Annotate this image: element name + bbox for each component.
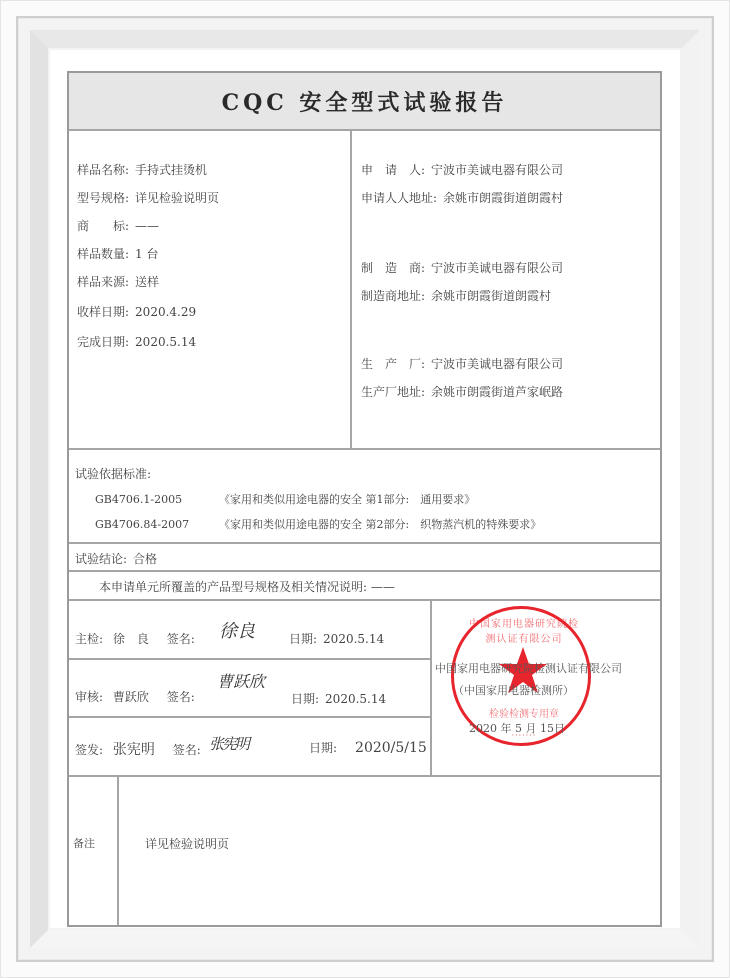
- divider: [69, 129, 660, 131]
- person-name: 徐 良: [113, 632, 149, 646]
- standard-code: GB4706.1-2005: [95, 493, 219, 506]
- date-field: 日期:2020.5.14: [291, 690, 386, 707]
- field-label: 申 请 人:: [361, 161, 425, 178]
- quantity-row: 样品数量:1 台: [77, 245, 159, 262]
- role-label: 审核:: [75, 690, 103, 704]
- field-label: 申请人人地址:: [361, 189, 437, 206]
- divider: [69, 542, 660, 544]
- seal-date: 2020 年 5 月 15日: [469, 720, 565, 736]
- divider: [69, 775, 660, 777]
- standard-title: 《家用和类似用途电器的安全 第1部分: 通用要求》: [219, 493, 475, 506]
- completed-date-row: 完成日期:2020.5.14: [77, 333, 196, 350]
- applicant-row: 申 请 人:宁波市美诚电器有限公司: [361, 161, 563, 178]
- seal-org-subname: （中国家用电器检测所）: [453, 682, 574, 698]
- date-field: 日期:2020/5/15: [309, 739, 427, 756]
- factory-row: 生 产 厂:宁波市美诚电器有限公司: [361, 355, 563, 372]
- field-value: 宁波市美诚电器有限公司: [431, 259, 563, 276]
- field-value: 2020.5.14: [135, 335, 196, 349]
- field-label: 收样日期:: [77, 303, 129, 320]
- standard-item: GB4706.1-2005《家用和类似用途电器的安全 第1部分: 通用要求》: [95, 491, 475, 507]
- field-value: 宁波市美诚电器有限公司: [431, 355, 563, 372]
- field-label: 样品数量:: [77, 245, 129, 262]
- conclusion-row: 试验结论:合格: [75, 550, 157, 567]
- remarks-label: 备注: [73, 835, 95, 851]
- source-row: 样品来源:送样: [77, 273, 159, 290]
- divider: [430, 599, 432, 777]
- standard-code: GB4706.84-2007: [95, 518, 219, 531]
- field-label: 样品名称:: [77, 161, 129, 178]
- date-label: 日期:: [309, 741, 337, 755]
- handwritten-signature: 张宪明: [209, 733, 248, 754]
- test-report-document: CQC 安全型式试验报告 样品名称:手持式挂烫机 型号规格:详见检验说明页 商 …: [67, 71, 662, 927]
- signature-row-approver: 签发: 张宪明 签名:: [75, 739, 201, 759]
- seal-purpose-text: 检验检测专用章: [468, 705, 580, 720]
- field-value: 送样: [135, 273, 159, 290]
- sign-label: 签名:: [167, 632, 195, 646]
- field-value: 余姚市朗霞街道朗霞村: [443, 189, 563, 206]
- field-label: 制 造 商:: [361, 259, 425, 276]
- date-label: 日期:: [291, 692, 319, 706]
- remarks-value: 详见检验说明页: [145, 835, 229, 852]
- field-label: 试验结论:: [75, 550, 127, 567]
- model-row: 型号规格:详见检验说明页: [77, 189, 219, 206]
- field-value: 余姚市朗霞街道朗霞村: [431, 287, 551, 304]
- standard-item: GB4706.84-2007《家用和类似用途电器的安全 第2部分: 织物蒸汽机的…: [95, 516, 541, 532]
- field-label: 制造商地址:: [361, 287, 425, 304]
- field-label: 生 产 厂:: [361, 355, 425, 372]
- date-value: 2020.5.14: [325, 692, 386, 706]
- divider: [69, 570, 660, 572]
- field-label: 样品来源:: [77, 273, 129, 290]
- applicant-address-row: 申请人人地址:余姚市朗霞街道朗霞村: [361, 189, 563, 206]
- manufacturer-address-row: 制造商地址:余姚市朗霞街道朗霞村: [361, 287, 551, 304]
- received-date-row: 收样日期:2020.4.29: [77, 303, 196, 320]
- field-value: 手持式挂烫机: [135, 161, 207, 178]
- role-label: 签发:: [75, 743, 103, 757]
- coverage-note: 本申请单元所覆盖的产品型号规格及相关情况说明: ——: [99, 578, 395, 595]
- person-name: 张宪明: [113, 742, 155, 758]
- person-name: 曹跃欣: [113, 690, 149, 704]
- sign-label: 签名:: [167, 690, 195, 704]
- field-value: 宁波市美诚电器有限公司: [431, 161, 563, 178]
- divider: [117, 775, 119, 925]
- field-label: 商 标:: [77, 217, 129, 234]
- field-label: 生产厂地址:: [361, 383, 425, 400]
- standard-title: 《家用和类似用途电器的安全 第2部分: 织物蒸汽机的特殊要求》: [219, 518, 541, 531]
- report-title: CQC 安全型式试验报告: [69, 73, 660, 129]
- divider: [69, 448, 660, 450]
- date-value: 2020.5.14: [323, 632, 384, 646]
- field-value: 2020.4.29: [135, 305, 196, 319]
- field-value: 1 台: [135, 245, 158, 262]
- divider: [350, 129, 352, 450]
- role-label: 主检:: [75, 632, 103, 646]
- field-value: ——: [135, 219, 159, 233]
- divider: [69, 658, 430, 660]
- divider: [69, 599, 660, 601]
- field-label: 完成日期:: [77, 333, 129, 350]
- standards-heading: 试验依据标准:: [75, 465, 151, 482]
- sample-name-row: 样品名称:手持式挂烫机: [77, 161, 207, 178]
- factory-address-row: 生产厂地址:余姚市朗霞街道芦家岷路: [361, 383, 563, 400]
- field-value: 详见检验说明页: [135, 189, 219, 206]
- handwritten-signature: 曹跃欣: [217, 669, 265, 692]
- signature-row-reviewer: 审核: 曹跃欣 签名:: [75, 688, 195, 705]
- date-field: 日期:2020.5.14: [289, 630, 384, 647]
- seal-org-name: 中国家用电器研究院检测认证有限公司: [435, 660, 622, 676]
- field-label: 型号规格:: [77, 189, 129, 206]
- signature-row-inspector: 主检: 徐 良 签名:: [75, 630, 195, 647]
- trademark-row: 商 标:——: [77, 217, 159, 234]
- sign-label: 签名:: [173, 743, 201, 757]
- seal-arc-text: 中国家用电器研究院检测认证有限公司: [464, 615, 584, 645]
- manufacturer-row: 制 造 商:宁波市美诚电器有限公司: [361, 259, 563, 276]
- field-value: 余姚市朗霞街道芦家岷路: [431, 383, 563, 400]
- date-value: 2020/5/15: [355, 740, 427, 756]
- date-label: 日期:: [289, 632, 317, 646]
- conclusion-value: 合格: [133, 550, 157, 567]
- divider: [69, 716, 430, 718]
- handwritten-signature: 徐良: [219, 617, 255, 643]
